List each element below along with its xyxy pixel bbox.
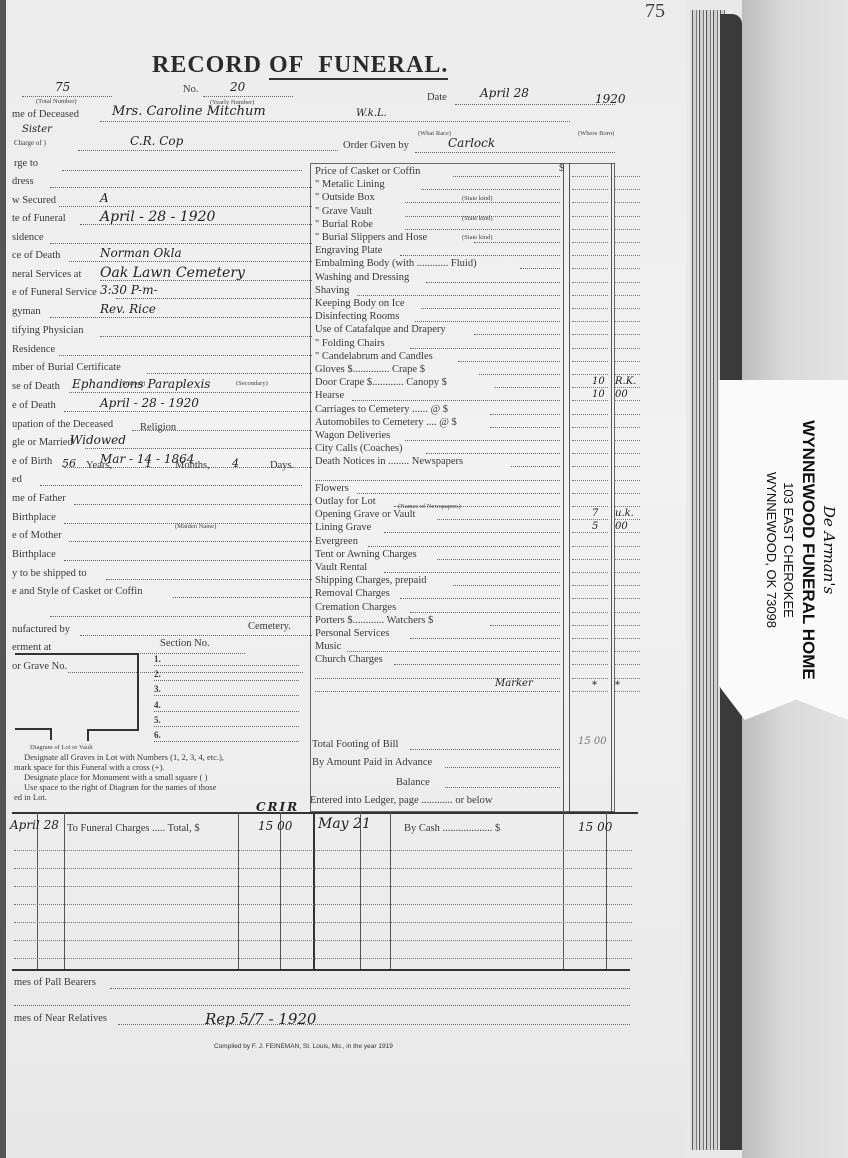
charge-line xyxy=(357,493,560,494)
field-line xyxy=(50,317,312,318)
cents-cell xyxy=(614,202,640,203)
charge-line xyxy=(421,308,560,309)
charge-handwritten: Marker xyxy=(495,678,533,689)
field-label: Residence xyxy=(12,344,55,355)
field-line xyxy=(74,504,312,505)
age-months-label: Months, xyxy=(175,460,210,471)
ledger-col-9 xyxy=(606,812,607,970)
ledger-label: Entered into Ledger, page ............ o… xyxy=(310,795,492,806)
dollar-cell xyxy=(572,585,608,586)
ledger-col-2 xyxy=(64,812,65,970)
ledger-row-line xyxy=(14,868,632,869)
field-line xyxy=(64,560,312,561)
field-label: tifying Physician xyxy=(12,325,83,336)
dollar-cell xyxy=(572,321,608,322)
dollar-cell xyxy=(572,493,608,494)
newspapers-caption: (Names of Newspapers) xyxy=(398,503,461,510)
grave-number: 2. xyxy=(154,669,161,679)
field-line xyxy=(116,298,312,299)
dollar-cell xyxy=(572,255,608,256)
name-label: me of Deceased xyxy=(12,109,79,120)
charge-line xyxy=(352,400,560,401)
charge-dollars: 5 xyxy=(592,521,598,532)
field-line xyxy=(50,243,312,244)
dollar-cell xyxy=(572,268,608,269)
grave-number: 6. xyxy=(154,730,161,740)
relatives-line xyxy=(118,1024,630,1025)
dollar-cell xyxy=(572,334,608,335)
diagram-bottom-left xyxy=(15,728,51,730)
cemetery-label: Cemetery. xyxy=(246,621,291,632)
diagram-top xyxy=(15,653,139,655)
dollar-cell xyxy=(572,691,608,692)
field-label: e and Style of Casket or Coffin xyxy=(12,586,142,597)
dollar-cell xyxy=(572,664,608,665)
charge-line xyxy=(479,374,560,375)
total-footing-value: 15 00 xyxy=(578,736,607,747)
field-line xyxy=(147,373,312,374)
charge-line xyxy=(437,559,560,560)
field-label: gyman xyxy=(12,306,41,317)
dollar-cell xyxy=(572,638,608,639)
cents-cell xyxy=(614,361,640,362)
cents-cell xyxy=(614,334,640,335)
credit-amount: 15 00 xyxy=(578,820,612,834)
diagram-right xyxy=(137,653,139,731)
dollar-cell xyxy=(572,440,608,441)
cents-cell xyxy=(614,678,640,679)
dollar-cell xyxy=(572,374,608,375)
charge-dollars: 10 xyxy=(592,376,605,387)
charge-line xyxy=(426,282,560,283)
ledger-top-rule xyxy=(12,812,638,814)
charge-line xyxy=(410,638,560,639)
charge-cents: R.K. xyxy=(615,376,636,387)
charge-of-line xyxy=(78,150,338,151)
dollar-cell xyxy=(572,519,608,520)
field-label: mber of Burial Certificate xyxy=(12,362,121,373)
charge-line xyxy=(490,427,560,428)
ledger-row-line xyxy=(14,922,632,923)
field-line xyxy=(68,672,303,673)
religion-label: Religion xyxy=(140,422,176,433)
race-caption: (What Race) xyxy=(418,130,451,137)
race-value: W.k.L. xyxy=(356,108,387,119)
field-label: e of Funeral Service xyxy=(12,287,97,298)
cents-cell xyxy=(614,414,640,415)
advance-label: By Amount Paid in Advance xyxy=(312,757,432,768)
diagram-note: Use space to the right of Diagram for th… xyxy=(24,782,216,792)
dollar-sign: $ xyxy=(559,163,564,174)
funeral-home-sticker: De Arman's WYNNEWOOD FUNERAL HOME 103 EA… xyxy=(719,380,848,720)
diagram-caption: Diagram of Lot or Vault xyxy=(30,744,93,751)
dollar-cell xyxy=(572,546,608,547)
diagram-note: Designate all Graves in Lot with Numbers… xyxy=(24,752,224,762)
cents-cell xyxy=(614,255,640,256)
charge-cents: 00 xyxy=(615,521,628,532)
cents-cell xyxy=(614,400,640,401)
charge-to-line xyxy=(62,170,302,171)
field-label: gle or Married xyxy=(12,437,73,448)
sticker-script: De Arman's xyxy=(820,380,838,720)
charges-dollar-divider-2 xyxy=(569,163,570,813)
cents-cell xyxy=(614,453,640,454)
page-title: RECORD OF FUNERAL. xyxy=(152,52,448,79)
dollar-cell xyxy=(572,466,608,467)
grave-line xyxy=(154,741,299,742)
cents-cell xyxy=(614,532,640,533)
cents-cell xyxy=(614,374,640,375)
age-months-value: 1 xyxy=(145,457,152,470)
state-kind-caption-2: (State kind) xyxy=(462,215,493,222)
field-line xyxy=(85,448,312,449)
dollar-cell xyxy=(572,427,608,428)
field-label: sidence xyxy=(12,232,44,243)
cents-cell xyxy=(614,519,640,520)
charge-line xyxy=(410,612,560,613)
credit-label: By Cash ................... $ xyxy=(404,823,500,834)
ledger-col-4 xyxy=(280,812,281,970)
field-label: neral Services at xyxy=(12,269,81,280)
field-label: nufactured by xyxy=(12,624,70,635)
charge-line xyxy=(357,295,560,296)
state-kind-caption-3: (State kind) xyxy=(462,234,493,241)
credit-date: May 21 xyxy=(318,816,371,832)
field-label: se of Death xyxy=(12,381,60,392)
cents-cell xyxy=(614,638,640,639)
field-line xyxy=(100,336,312,337)
charges-cents-divider xyxy=(611,163,612,813)
field-label: e of Death xyxy=(12,400,56,411)
dollar-cell xyxy=(572,400,608,401)
compiled-by: Compiled by F. J. FEINEMAN, St. Louis, M… xyxy=(214,1043,393,1050)
cents-cell xyxy=(614,559,640,560)
charge-line xyxy=(458,361,560,362)
dollar-cell xyxy=(572,532,608,533)
date-value: April 28 xyxy=(480,86,529,100)
dollar-cell xyxy=(572,295,608,296)
diagram-note: Designate place for Monument with a smal… xyxy=(24,772,207,782)
charge-line xyxy=(347,651,561,652)
ledger-col-7 xyxy=(390,812,391,970)
age-years-label: Years, xyxy=(86,460,112,471)
charge-line xyxy=(400,255,561,256)
charge-line xyxy=(384,532,560,533)
charge-dollars: 7 xyxy=(592,508,598,519)
cents-cell xyxy=(614,387,640,388)
dollar-cell xyxy=(572,361,608,362)
dollar-cell xyxy=(572,559,608,560)
grave-line xyxy=(154,665,299,666)
cents-cell xyxy=(614,308,640,309)
cents-cell xyxy=(614,242,640,243)
field-line xyxy=(173,597,312,598)
dollar-cell xyxy=(572,678,608,679)
grave-number: 5. xyxy=(154,715,161,725)
cents-cell xyxy=(614,651,640,652)
cents-cell xyxy=(614,612,640,613)
secondary-caption: (Secondary) xyxy=(236,380,268,387)
field-label: ed xyxy=(12,474,22,485)
diagram-note: ed in Lot. xyxy=(14,792,47,802)
dollar-cell xyxy=(572,625,608,626)
cents-cell xyxy=(614,466,640,467)
grave-line xyxy=(154,726,299,727)
ledger-col-1 xyxy=(37,812,38,970)
ledger-bottom-rule xyxy=(12,969,630,971)
cents-cell xyxy=(614,321,640,322)
age-years-value: 56 xyxy=(62,457,76,470)
charge-dollars: * xyxy=(592,680,597,691)
charge-to-label: rge to xyxy=(14,158,38,169)
cents-cell xyxy=(614,493,640,494)
charge-line xyxy=(437,519,560,520)
pall-bearers-line xyxy=(110,988,630,989)
field-label: me of Father xyxy=(12,493,66,504)
deceased-name-value: Mrs. Caroline Mitchum xyxy=(112,104,266,119)
state-kind-caption-1: (State kind) xyxy=(462,195,493,202)
total-footing-line xyxy=(410,749,560,750)
field-label: w Secured xyxy=(12,195,56,206)
field-value: Widowed xyxy=(70,433,126,447)
dollar-cell xyxy=(572,308,608,309)
charge-line xyxy=(315,691,560,692)
charge-line xyxy=(384,572,560,573)
field-label: upation of the Deceased xyxy=(12,419,113,430)
relatives-label: mes of Near Relatives xyxy=(14,1013,107,1024)
grave-line xyxy=(154,695,299,696)
grave-number: 4. xyxy=(154,700,161,710)
age-days-label: Days. xyxy=(270,460,294,471)
charge-line xyxy=(490,625,560,626)
field-line xyxy=(106,579,312,580)
pall-bearers-label: mes of Pall Bearers xyxy=(14,977,96,988)
dollar-cell xyxy=(572,572,608,573)
primary-caption: (Primary) xyxy=(120,380,145,387)
debit-date: April 28 xyxy=(10,818,59,832)
debit-label: To Funeral Charges ..... Total, $ xyxy=(67,823,200,834)
cents-cell xyxy=(614,268,640,269)
ledger-row-line xyxy=(14,904,632,905)
dollar-cell xyxy=(572,176,608,177)
cents-cell xyxy=(614,427,640,428)
field-label: or Grave No. xyxy=(12,661,67,672)
dollar-cell xyxy=(572,598,608,599)
field-label: te of Funeral xyxy=(12,213,66,224)
diagram-bottom-right xyxy=(87,729,139,731)
field-label: e of Mother xyxy=(12,530,62,541)
field-label: ce of Death xyxy=(12,250,60,261)
dollar-cell xyxy=(572,202,608,203)
cents-cell xyxy=(614,598,640,599)
charge-line xyxy=(511,466,560,467)
charge-line xyxy=(520,268,560,269)
charge-line xyxy=(421,189,560,190)
dollar-cell xyxy=(572,282,608,283)
field-label: Birthplace xyxy=(12,549,56,560)
dollar-cell xyxy=(572,414,608,415)
field-label: dress xyxy=(12,176,34,187)
field-line xyxy=(50,616,312,617)
balance-line xyxy=(445,787,560,788)
yearly-number-value: 20 xyxy=(230,80,245,94)
dollar-cell xyxy=(572,612,608,613)
date-label: Date xyxy=(427,92,447,103)
diagram-note: mark space for this Funeral with a cross… xyxy=(14,762,164,772)
dollar-cell xyxy=(572,453,608,454)
dollar-cell xyxy=(572,216,608,217)
charge-cents: u.k. xyxy=(615,508,634,519)
cents-cell xyxy=(614,625,640,626)
age-days-value: 4 xyxy=(232,457,239,470)
cents-cell xyxy=(614,506,640,507)
field-value: April - 28 - 1920 xyxy=(100,209,215,225)
order-given-value: Carlock xyxy=(448,136,495,150)
sticker-name: WYNNEWOOD FUNERAL HOME xyxy=(798,380,818,720)
field-line xyxy=(59,206,312,207)
cents-cell xyxy=(614,189,640,190)
diagram-gate-right xyxy=(87,729,89,741)
ledger-row-line xyxy=(14,940,632,941)
sticker-city: WYNNEWOOD, OK 73098 xyxy=(764,380,779,720)
dollar-cell xyxy=(572,189,608,190)
charge-line xyxy=(495,387,560,388)
dollar-cell xyxy=(572,651,608,652)
charge-line xyxy=(426,453,560,454)
total-number-line xyxy=(22,96,112,97)
cents-cell xyxy=(614,176,640,177)
cents-cell xyxy=(614,585,640,586)
field-line xyxy=(50,187,312,188)
dollar-cell xyxy=(572,242,608,243)
charge-line xyxy=(368,546,560,547)
name-line xyxy=(100,121,570,122)
cents-cell xyxy=(614,348,640,349)
ledger-row-line xyxy=(14,886,632,887)
charge-line xyxy=(474,242,560,243)
dollar-cell xyxy=(572,387,608,388)
charge-line xyxy=(410,348,560,349)
charge-line xyxy=(453,176,561,177)
cents-cell xyxy=(614,229,640,230)
total-footing-label: Total Footing of Bill xyxy=(312,739,398,750)
dollar-cell xyxy=(572,348,608,349)
charge-cents: 00 xyxy=(615,389,628,400)
charge-line xyxy=(474,334,560,335)
dollar-cell xyxy=(572,480,608,481)
cents-cell xyxy=(614,480,640,481)
relatives-value: Rep 5/7 - 1920 xyxy=(205,1010,316,1028)
field-line xyxy=(40,485,302,486)
advance-line xyxy=(445,767,560,768)
field-value: Oak Lawn Cemetery xyxy=(100,265,245,281)
balance-label: Balance xyxy=(396,777,430,788)
charge-line xyxy=(405,440,560,441)
cents-cell xyxy=(614,572,640,573)
field-line xyxy=(64,411,312,412)
date-year: 1920 xyxy=(595,92,626,106)
cents-cell xyxy=(614,440,640,441)
grave-line xyxy=(154,680,299,681)
field-label: y to be shipped to xyxy=(12,568,87,579)
grave-line xyxy=(154,711,299,712)
field-line xyxy=(80,635,312,636)
ledger-row-line xyxy=(14,850,632,851)
charge-line xyxy=(400,598,561,599)
charge-of-label: Charge of } xyxy=(14,139,47,147)
no-label: No. xyxy=(183,84,198,95)
ledger-col-6 xyxy=(360,812,361,970)
charge-dollars: 10 xyxy=(592,389,605,400)
charge-line xyxy=(415,321,560,322)
ledger-col-8 xyxy=(563,812,564,970)
total-number-caption: (Total Number) xyxy=(36,98,77,105)
field-line xyxy=(59,355,312,356)
ledger-col-5 xyxy=(313,812,315,970)
page-number: 75 xyxy=(645,0,665,23)
order-given-label: Order Given by xyxy=(343,140,409,151)
field-line xyxy=(69,541,312,542)
field-value: 3:30 P-m- xyxy=(100,283,158,297)
charge-line xyxy=(405,229,560,230)
charge-of-value: C.R. Cop xyxy=(130,134,183,148)
title-underline: OF FUNERAL. xyxy=(269,52,448,80)
charge-line xyxy=(490,414,560,415)
cents-cell xyxy=(614,216,640,217)
field-value: Rev. Rice xyxy=(100,302,156,316)
field-value: April - 28 - 1920 xyxy=(100,396,199,410)
date-line xyxy=(455,104,615,105)
cents-cell xyxy=(614,546,640,547)
cents-cell xyxy=(614,664,640,665)
dollar-cell xyxy=(572,229,608,230)
cents-cell xyxy=(614,282,640,283)
sticker-street: 103 EAST CHEROKEE xyxy=(781,380,796,720)
field-label: erment at xyxy=(12,642,51,653)
yearly-number-line xyxy=(203,96,293,97)
order-given-line xyxy=(415,152,615,153)
total-number-value: 75 xyxy=(55,80,70,94)
field-line xyxy=(69,261,312,262)
section-label: Section No. xyxy=(158,638,212,649)
pall-bearers-line-2 xyxy=(14,1005,630,1006)
field-value: A xyxy=(100,191,109,205)
where-born-caption: (Where Born) xyxy=(578,130,614,137)
charge-value: Sister xyxy=(22,124,52,135)
charge-line xyxy=(394,664,560,665)
field-label: Birthplace xyxy=(12,512,56,523)
charge-line xyxy=(315,480,560,481)
grave-number: 1. xyxy=(154,654,161,664)
field-value: Norman Okla xyxy=(100,246,182,260)
charge-line xyxy=(453,585,561,586)
debit-amount: 15 00 xyxy=(258,819,292,833)
diagram-gate-left xyxy=(50,728,52,740)
field-label: e of Birth xyxy=(12,456,52,467)
grave-number: 3. xyxy=(154,684,161,694)
ledger-row-line xyxy=(14,958,632,959)
charge-line xyxy=(405,202,560,203)
field-line xyxy=(69,392,312,393)
dollar-cell xyxy=(572,506,608,507)
maiden-name-caption: (Maiden Name) xyxy=(175,523,216,530)
ledger-col-3 xyxy=(238,812,239,970)
cents-cell xyxy=(614,295,640,296)
charge-cents: * xyxy=(615,680,620,691)
cents-cell xyxy=(614,691,640,692)
